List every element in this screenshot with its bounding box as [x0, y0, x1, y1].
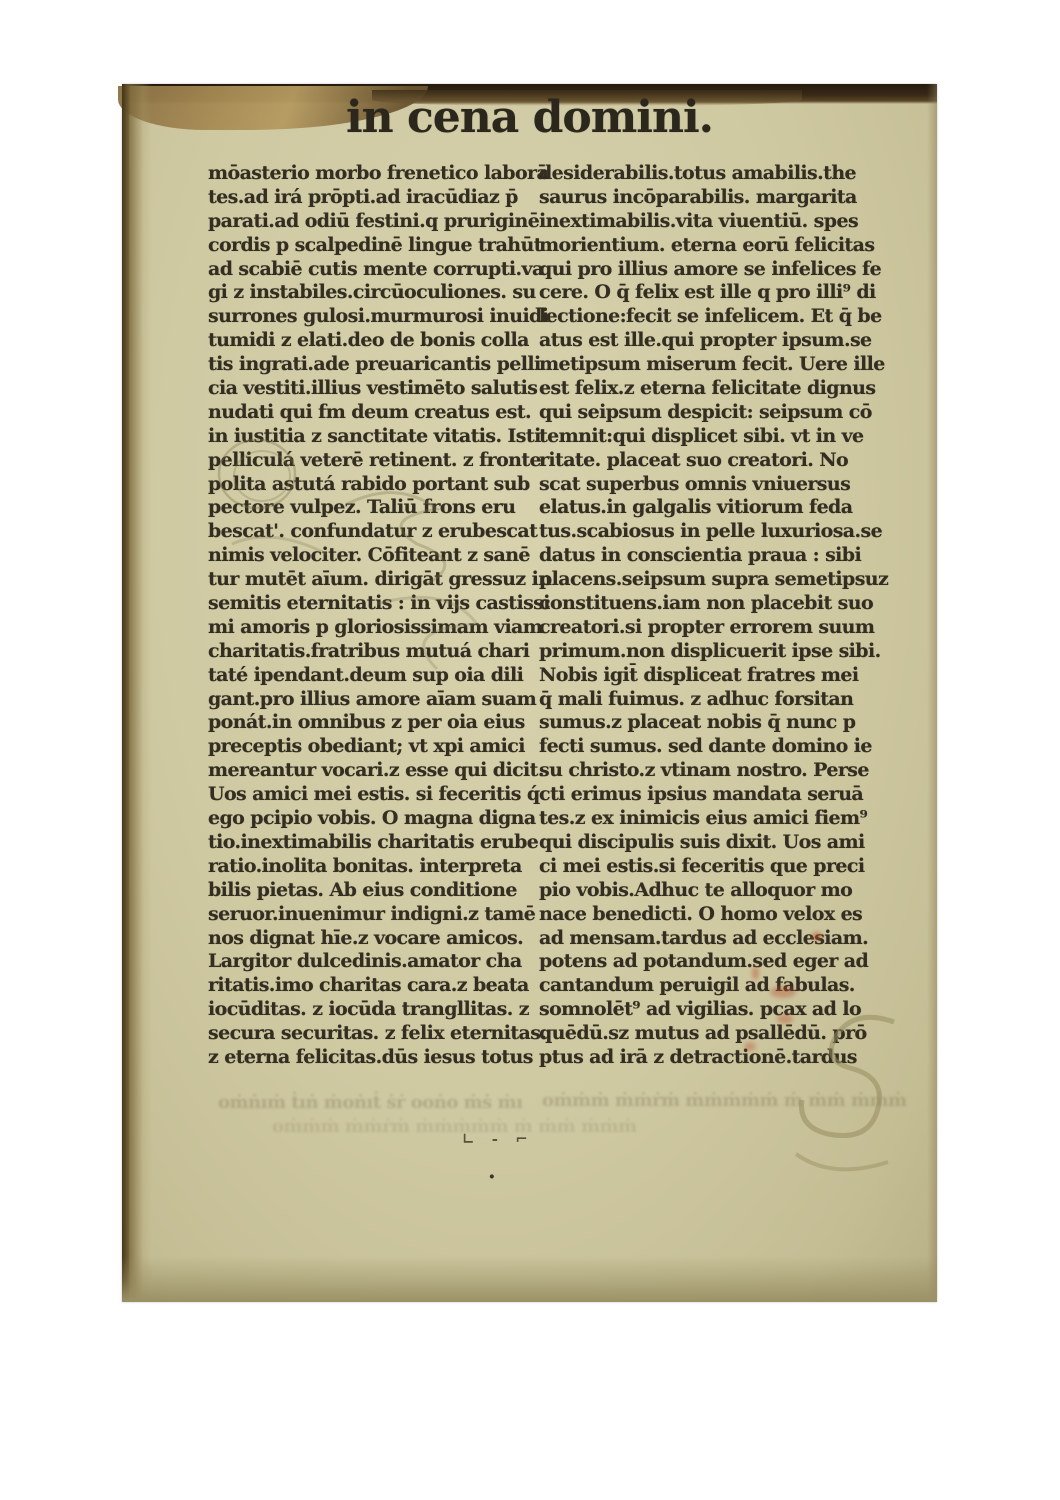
text-line: tis ingrati.ade preuaricantis pelli — [208, 353, 540, 377]
red-stain — [777, 1014, 793, 1024]
text-line: Uos amici mei estis. si feceritis q́ — [208, 783, 540, 807]
text-line: pio vobis.Adhuc te alloquor mo — [539, 879, 887, 903]
text-line: temnit:qui displicet sibi. vt in ve — [539, 425, 887, 449]
page-right-edge-shading — [927, 84, 937, 1302]
text-line: scat superbus omnis vniuersus — [539, 473, 887, 497]
text-line: quēdū.sz mutus ad psallēdū. prō — [539, 1022, 887, 1046]
text-line: pectore vulpez. Taliū frons eru — [208, 496, 540, 520]
text-line: ratio.inolita bonitas. interpreta — [208, 855, 540, 879]
parchment-page: in cena domini. mōasterio morbo frenetic… — [122, 84, 937, 1302]
text-line: creatori.si propter errorem suum — [539, 616, 887, 640]
text-line: saurus incōparabilis. margarita — [539, 186, 887, 210]
text-line: nudati qui fm deum creatus est. — [208, 401, 540, 425]
text-line: nos dignat hīe.z vocare amicos. — [208, 927, 540, 951]
text-line: constituens.iam non placebit suo — [539, 592, 887, 616]
text-line: cordis p scalpedinē lingue trahūt — [208, 234, 540, 258]
text-line: nimis velociter. Cōfiteant z sanē — [208, 544, 540, 568]
showthrough-text: oṁṁṁ ṁṁṙṁ ṁṁṁṁṁ ṁ ṁṁ ṁṁṁ — [272, 1116, 637, 1137]
text-line: ad mensam.tardus ad ecclesiam. — [539, 927, 887, 951]
text-line: taté ipendant.deum sup oia dili — [208, 664, 540, 688]
text-line: desiderabilis.totus amabilis.the — [539, 162, 887, 186]
text-line: bilis pietas. Ab eius conditione — [208, 879, 540, 903]
text-line: seruor.inuenimur indigni.z tamē — [208, 903, 540, 927]
text-line: gi z instabiles.circūoculiones. su — [208, 281, 540, 305]
text-line: ad scabiē cutis mente corrupti.va — [208, 258, 540, 282]
text-line: morientium. eterna eorū felicitas — [539, 234, 887, 258]
text-line: placens.seipsum supra semetipsuz — [539, 568, 887, 592]
text-line: cti erimus ipsius mandata seruā — [539, 783, 887, 807]
showthrough-text: oṁṅıṁ ṫıṅ ṁoṅıṫ ṡṙ ooṅo ṁṡ ṁı — [218, 1092, 522, 1113]
text-line: su christo.z vtinam nostro. Perse — [539, 759, 887, 783]
text-line: ritate. placeat suo creatori. No — [539, 449, 887, 473]
pen-trial-marks: ∟ ‐ ⌐ — [462, 1130, 534, 1148]
text-line: somnolēt⁹ ad vigilias. pcax ad lo — [539, 998, 887, 1022]
text-line: ponát.in omnibus z per oia eius — [208, 711, 540, 735]
red-stain — [752, 966, 759, 980]
text-line: Largitor dulcedinis.amator cha — [208, 950, 540, 974]
text-line: tio.inextimabilis charitatis erube — [208, 831, 540, 855]
text-line: iocūditas. z iocūda trangllitas. z — [208, 998, 540, 1022]
text-line: ego pcipio vobis. O magna digna — [208, 807, 540, 831]
text-line: q̄ mali fuimus. z adhuc forsitan — [539, 688, 887, 712]
text-line: in iustitia z sanctitate vitatis. Isti — [208, 425, 540, 449]
text-line: semitis eternitatis : in vijs castissi — [208, 592, 540, 616]
text-line: z eterna felicitas.dūs iesus totus — [208, 1046, 540, 1070]
text-line: fecti sumus. sed dante domino ie — [539, 735, 887, 759]
gutter-edge — [122, 84, 130, 1302]
text-line: inextimabilis.vita viuentiū. spes — [539, 210, 887, 234]
red-stain — [744, 1042, 756, 1051]
text-line: bescat'. confundatur z erubescat — [208, 520, 540, 544]
text-line: cere. O q̄ felix est ille q pro illi⁹ di — [539, 281, 887, 305]
text-line: surrones gulosi.murmurosi inuidi — [208, 305, 540, 329]
red-stain — [770, 986, 796, 998]
text-line: mōasterio morbo frenetico laborā — [208, 162, 540, 186]
text-line: elatus.in galgalis vitiorum feda — [539, 496, 887, 520]
text-line: ritatis.imo charitas cara.z beata — [208, 974, 540, 998]
text-line: primum.non displicuerit ipse sibi. — [539, 640, 887, 664]
text-line: qui seipsum despicit: seipsum cō — [539, 401, 887, 425]
text-column-right: desiderabilis.totus amabilis.thesaurus i… — [539, 162, 887, 1070]
text-line: parati.ad odiū festini.q pruriginē — [208, 210, 540, 234]
pen-dot: · — [488, 1164, 496, 1190]
text-line: lectione:fecit se infelicem. Et q̄ be — [539, 305, 887, 329]
red-stain — [812, 932, 822, 941]
text-column-left: mōasterio morbo frenetico laborātes.ad i… — [208, 162, 540, 1070]
text-line: nace benedicti. O homo velox es — [539, 903, 887, 927]
page-bottom-shading — [122, 1256, 937, 1302]
text-line: ci mei estis.si feceritis que preci — [539, 855, 887, 879]
text-line: mereantur vocari.z esse qui dicit. — [208, 759, 540, 783]
text-line: gant.pro illius amore aīam suam — [208, 688, 540, 712]
text-line: metipsum miserum fecit. Uere ille — [539, 353, 887, 377]
text-line: tes.z ex inimicis eius amici fiem⁹ — [539, 807, 887, 831]
scanned-book-page: in cena domini. mōasterio morbo frenetic… — [0, 0, 1060, 1500]
text-line: preceptis obediant; vt xpi amici — [208, 735, 540, 759]
text-line: tes.ad irá prōpti.ad iracūdiaz p̄ — [208, 186, 540, 210]
text-line: cia vestiti.illius vestimēto salutis — [208, 377, 540, 401]
text-line: potens ad potandum.sed eger ad — [539, 950, 887, 974]
text-line: tur mutēt aīum. dirigāt gressuz in — [208, 568, 540, 592]
text-line: polita astutá rabido portant sub — [208, 473, 540, 497]
text-line: secura securitas. z felix eternitas. — [208, 1022, 540, 1046]
showthrough-text: oṁṁṁ ṁṁṙṁ ṁṁṁṁṁ ṁ ṁṁ ṁṁṁ — [542, 1090, 907, 1111]
text-line: ptus ad irā z detractionē.tardus — [539, 1046, 887, 1070]
text-line: Nobis igit̄ displiceat fratres mei — [539, 664, 887, 688]
text-line: qui discipulis suis dixit. Uos ami — [539, 831, 887, 855]
text-line: est felix.z eterna felicitate dignus — [539, 377, 887, 401]
text-line: cantandum peruigil ad fabulas. — [539, 974, 887, 998]
text-line: qui pro illius amore se infelices fe — [539, 258, 887, 282]
text-line: datus in conscientia praua : sibi — [539, 544, 887, 568]
text-line: charitatis.fratribus mutuá chari — [208, 640, 540, 664]
text-line: atus est ille.qui propter ipsum.se — [539, 329, 887, 353]
text-line: sumus.z placeat nobis q̄ nunc p — [539, 711, 887, 735]
text-line: mi amoris p gloriosissimam viam — [208, 616, 540, 640]
running-title: in cena domini. — [122, 92, 937, 143]
text-line: tus.scabiosus in pelle luxuriosa.se — [539, 520, 887, 544]
text-line: tumidi z elati.deo de bonis colla — [208, 329, 540, 353]
text-line: pelliculá veterē retinent. z fronte — [208, 449, 540, 473]
